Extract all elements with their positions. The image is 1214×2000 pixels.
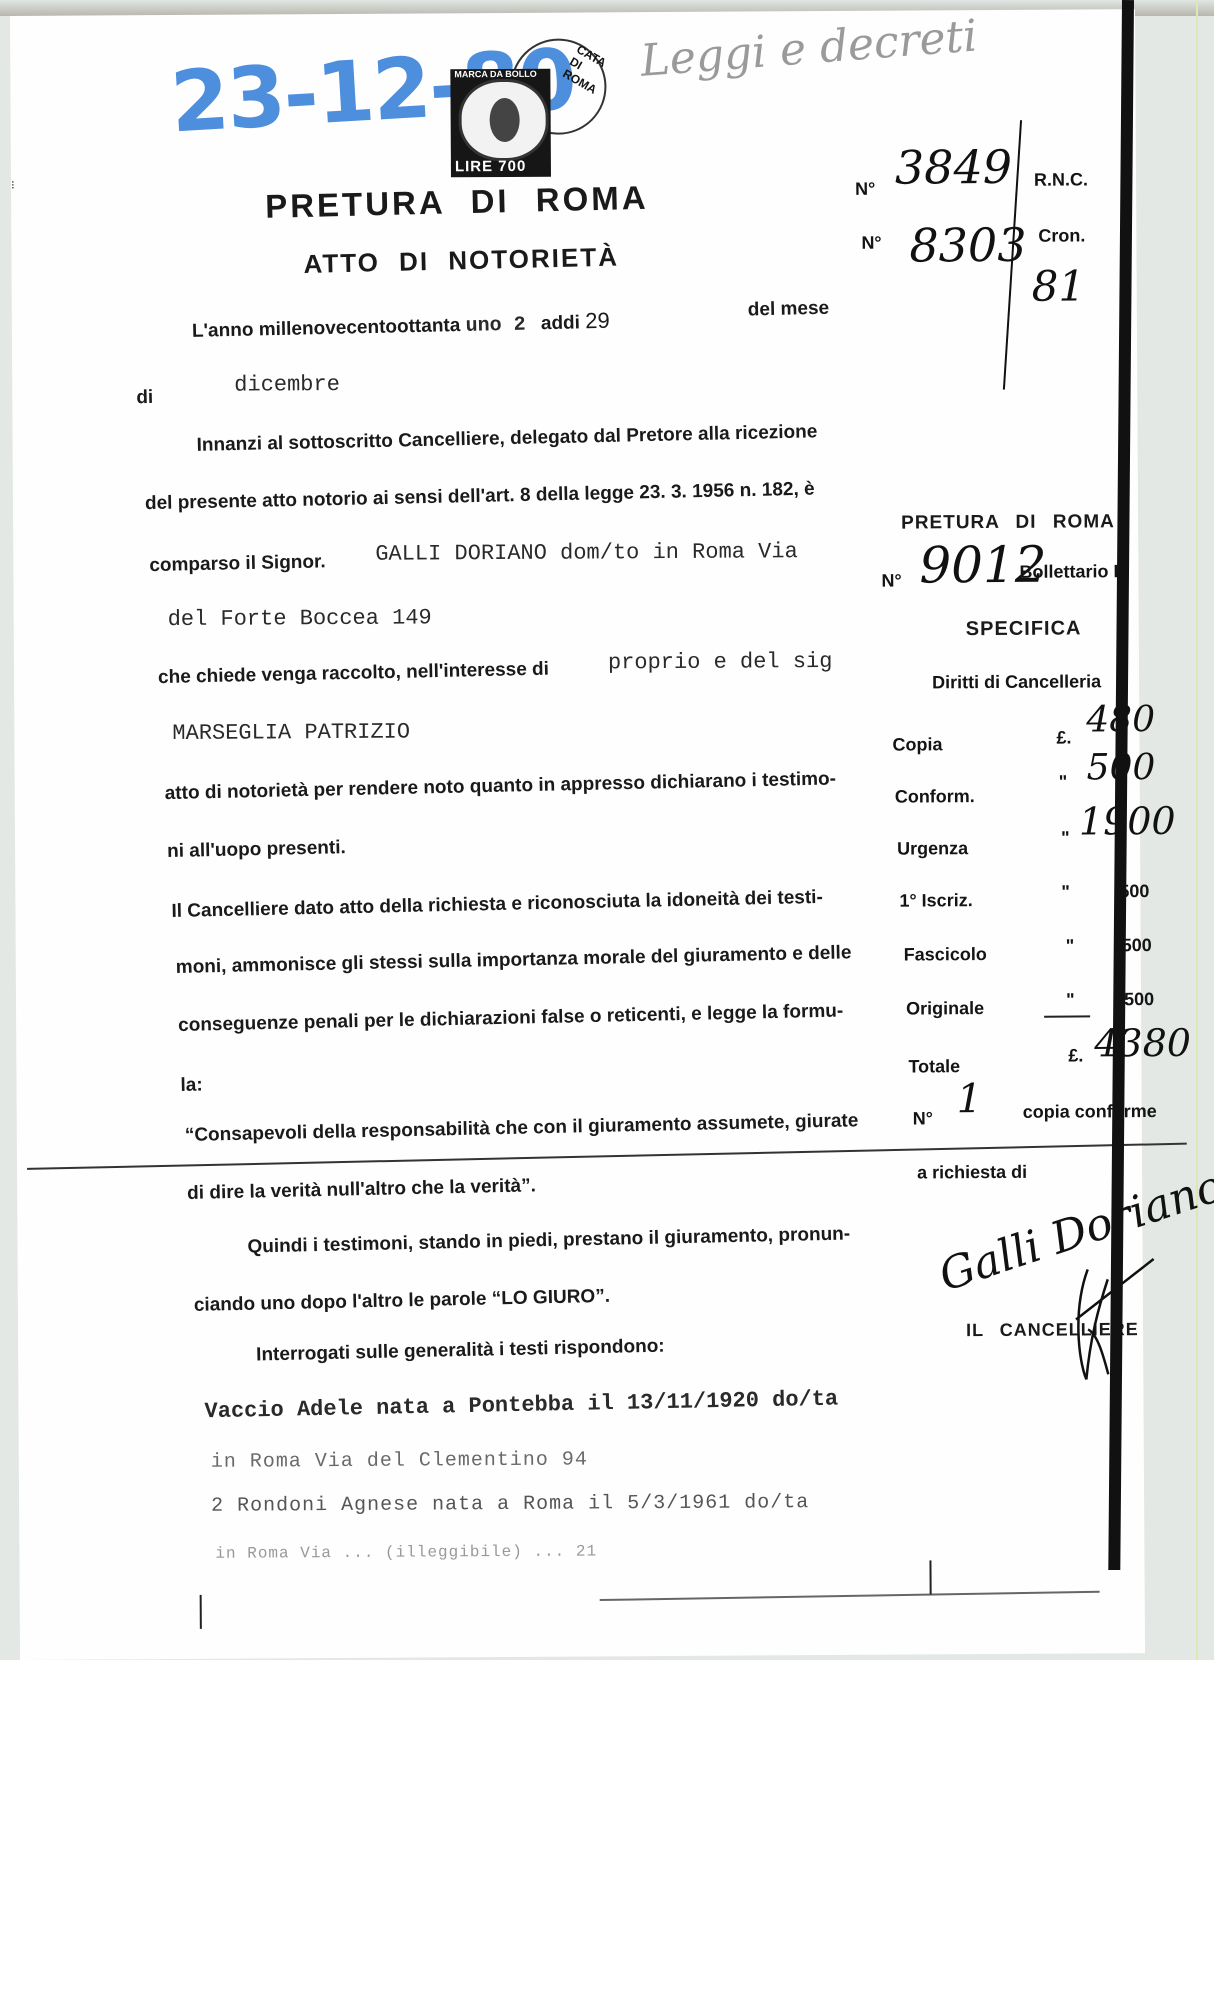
diritti-subheading: Diritti di Cancelleria <box>932 671 1101 693</box>
document-page: 23-12-80 Leggi e decreti CATA DI ROMA MA… <box>10 9 1145 1660</box>
fee-value-originale: 500 <box>1124 989 1154 1010</box>
request-label: a richiesta di <box>917 1162 1027 1184</box>
margin-tick-left <box>200 1595 202 1629</box>
day-value: 29 <box>585 308 610 334</box>
copies-label: copia conforme <box>1023 1101 1157 1123</box>
total-currency: £. <box>1068 1045 1083 1066</box>
fee-label-copia: Copia <box>892 734 942 755</box>
pencil-note: Leggi e decreti <box>639 10 979 86</box>
registry-prefix-rnc: N° <box>855 179 875 200</box>
ditto-mark: " <box>1061 882 1070 903</box>
fee-label-conform: Conform. <box>895 786 975 807</box>
registry-label-rnc: R.N.C. <box>1034 169 1088 190</box>
paragraph-3-line-4: la: <box>180 1074 203 1096</box>
receipt-office: PRETURA DI ROMA <box>901 511 1115 534</box>
fee-label-urgenza: Urgenza <box>897 838 968 859</box>
seal-text: CATA DI ROMA <box>560 42 613 97</box>
month-label: del mese <box>748 298 830 322</box>
oath-line-2: di dire la verità null'altro che la veri… <box>187 1175 536 1205</box>
fee-label-fascicolo: Fascicolo <box>904 944 987 966</box>
ditto-mark: " <box>1066 936 1075 957</box>
registry-number-rnc: 3849 <box>895 140 1012 195</box>
margin-speckles: ⁝ <box>11 178 15 192</box>
paragraph-1-line-1: Innanzi al sottoscritto Cancelliere, del… <box>196 421 817 457</box>
paragraph-5: Interrogati sulle generalità i testi ris… <box>256 1336 665 1367</box>
oath-line-1: “Consapevoli della responsabilità che co… <box>185 1110 859 1147</box>
stamp-portrait-frame <box>458 79 548 162</box>
year-note: 81 <box>1032 261 1086 310</box>
total-label: Totale <box>908 1056 960 1077</box>
page-subtitle: ATTO DI NOTORIETÀ <box>303 242 619 280</box>
copies-prefix: N° <box>913 1108 933 1129</box>
month-value: dicembre <box>234 372 340 398</box>
paragraph-2-line-2: ni all'uopo presenti. <box>167 837 346 863</box>
paragraph-4-line-1: Quindi i testimoni, stando in piedi, pre… <box>247 1223 850 1258</box>
bollettario-label: Bollettario H <box>1019 561 1126 583</box>
fee-label-iscriz: 1° Iscriz. <box>899 890 972 911</box>
portrait-icon <box>490 98 520 142</box>
copies-count: 1 <box>956 1076 982 1122</box>
interest-typed: proprio e del sig <box>608 649 833 675</box>
witness-1-line-2: in Roma Via del Clementino 94 <box>211 1448 588 1473</box>
comparso-label: comparso il Signor. <box>149 551 326 577</box>
receipt-number-prefix: N° <box>881 571 901 592</box>
fee-value-fascicolo: 500 <box>1122 935 1152 956</box>
comparso-typed: GALLI DORIANO dom/to in Roma Via <box>375 539 798 567</box>
scanner-edge-line <box>1196 0 1198 1660</box>
witness-2-line-2: in Roma Via ... (illeggibile) ... 21 <box>215 1542 597 1562</box>
paragraph-1-line-2: del presente atto notorio ai sensi dell'… <box>145 479 815 516</box>
subtotal-underline <box>1044 1015 1090 1017</box>
fee-value-urgenza: 1900 <box>1079 799 1176 844</box>
fee-label-originale: Originale <box>906 998 984 1019</box>
specifica-heading: SPECIFICA <box>966 617 1082 641</box>
month-prefix: di <box>136 387 153 409</box>
date-line: L'anno millenovecentoottanta uno 2 addi … <box>192 308 610 344</box>
paragraph-3-line-3: conseguenze penali per le dichiarazioni … <box>178 1000 844 1037</box>
ditto-mark: " <box>1059 772 1068 793</box>
beneficiary-typed: MARSEGLIA PATRIZIO <box>172 720 410 746</box>
stamp-value: LIRE 700 <box>455 158 526 175</box>
margin-tick-right <box>929 1560 931 1594</box>
paragraph-3-line-1: Il Cancelliere dato atto della richiesta… <box>171 887 823 923</box>
registry-number-cron: 8303 <box>909 218 1026 273</box>
bottom-smudge-line <box>600 1591 1100 1601</box>
witness-2-line-1: 2 Rondoni Agnese nata a Roma il 5/3/1961… <box>211 1491 809 1518</box>
registry-label-cron: Cron. <box>1038 225 1085 246</box>
typed-year: uno 2 <box>465 314 526 338</box>
total-value: 4380 <box>1094 1021 1191 1066</box>
ditto-mark: " <box>1066 990 1075 1011</box>
ditto-mark: " <box>1061 828 1070 849</box>
page-title: PRETURA DI ROMA <box>265 179 649 226</box>
revenue-stamp: MARCA DA BOLLO LIRE 700 <box>450 69 551 178</box>
interest-label: che chiede venga raccolto, nell'interess… <box>158 659 549 690</box>
paragraph-3-line-2: moni, ammonisce gli stessi sulla importa… <box>176 942 852 979</box>
registry-prefix-cron: N° <box>861 233 881 254</box>
paragraph-4-line-2: ciando uno dopo l'altro le parole “LO GI… <box>194 1286 611 1317</box>
address-typed: del Forte Boccea 149 <box>168 605 432 632</box>
stamp-top-text: MARCA DA BOLLO <box>454 69 536 80</box>
paragraph-2-line-1: atto di notorietà per rendere noto quant… <box>165 768 837 805</box>
currency-symbol: £. <box>1056 728 1071 749</box>
witness-1-line-1: Vaccio Adele nata a Pontebba il 13/11/19… <box>204 1387 838 1425</box>
